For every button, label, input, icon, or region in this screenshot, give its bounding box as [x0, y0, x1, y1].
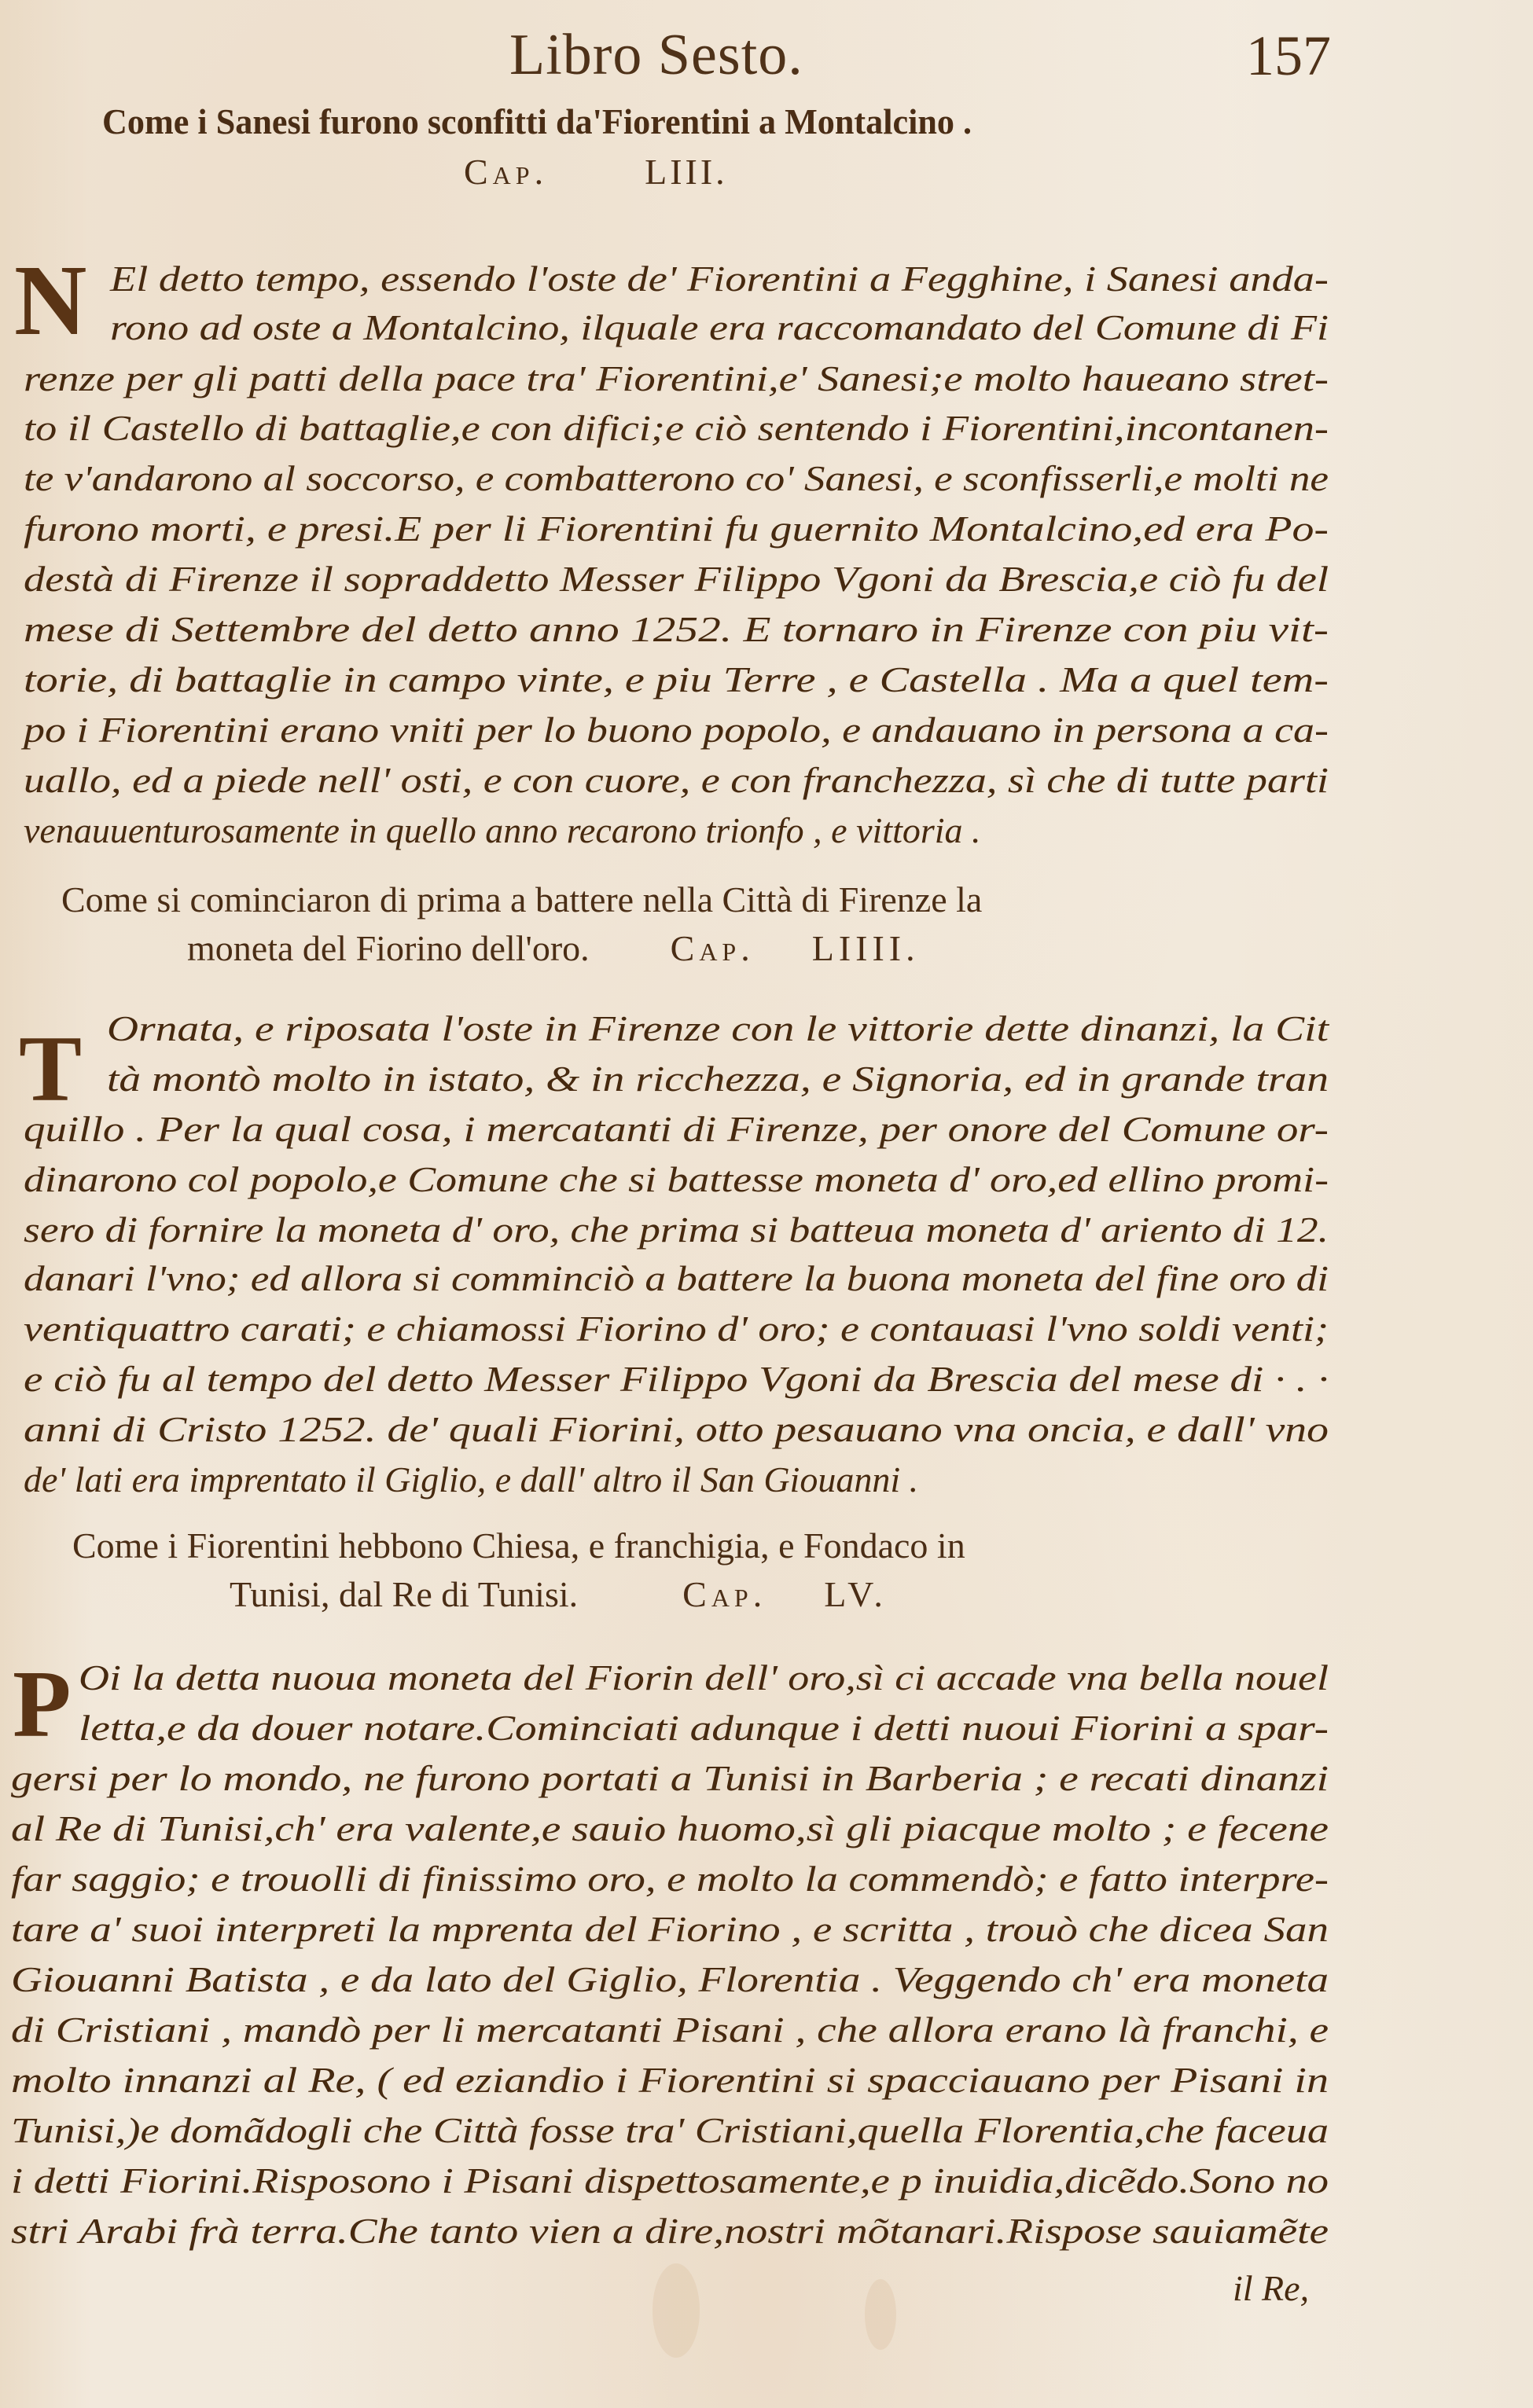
body-line: mese di Settembre del detto anno 1252. E… — [24, 608, 1329, 650]
dropcap: T — [19, 1022, 82, 1116]
body-line: uallo, ed a piede nell' osti, e con cuor… — [24, 759, 1329, 801]
cap-label: Cap. — [464, 152, 548, 192]
body-line: Tunisi,)e domãdogli che Città fosse tra'… — [11, 2109, 1329, 2151]
body-line: to il Castello di battaglie,e con difici… — [24, 407, 1329, 449]
body-line: destà di Firenze il sopraddetto Messer F… — [24, 558, 1329, 600]
body-line: te v'andarono al soccorso, e combatteron… — [24, 457, 1329, 499]
body-line: El detto tempo, essendo l'oste de' Fiore… — [110, 258, 1329, 299]
cap-label: Cap. — [682, 1574, 766, 1614]
body-line: molto innanzi al Re, ( ed eziandio i Fio… — [11, 2059, 1329, 2101]
chapter-title: Tunisi, dal Re di Tunisi. — [230, 1574, 578, 1614]
catchword: il Re, — [1233, 2267, 1309, 2309]
body-line: po i Fiorentini erano vniti per lo buono… — [24, 709, 1329, 751]
body-line: dinarono col popolo,e Comune che si batt… — [24, 1158, 1329, 1200]
chapter-title: Come i Sanesi furono sconfitti da'Fioren… — [102, 101, 972, 142]
cap-number: LV. — [824, 1574, 888, 1614]
chapter-cap-line: Cap. LIII. — [464, 151, 728, 193]
body-line: torie, di battaglie in campo vinte, e pi… — [24, 659, 1329, 700]
body-line: tare a' suoi interpreti la mprenta del F… — [11, 1908, 1329, 1950]
body-line: Ornata, e riposata l'oste in Firenze con… — [107, 1008, 1329, 1049]
body-line: di Cristiani , mandò per li mercatanti P… — [11, 2009, 1329, 2050]
chapter-title-line-2: Tunisi, dal Re di Tunisi. Cap. LV. — [230, 1573, 888, 1615]
body-line: anni di Cristo 1252. de' quali Fiorini, … — [24, 1408, 1329, 1450]
cap-label: Cap. — [671, 928, 755, 968]
chapter-title-line-2: moneta del Fiorino dell'oro. Cap. LIIII. — [187, 927, 920, 969]
book-page: Libro Sesto. 157 Come i Sanesi furono sc… — [0, 0, 1533, 2408]
body-line: i detti Fiorini.Risposono i Pisani dispe… — [11, 2160, 1329, 2201]
body-line: gersi per lo mondo, ne furono portati a … — [11, 1757, 1329, 1799]
body-line: de' lati era imprentato il Giglio, e dal… — [24, 1459, 918, 1500]
chapter-title: Come si cominciaron di prima a battere n… — [61, 879, 982, 920]
body-line: sero di fornire la moneta d' oro, che pr… — [24, 1209, 1329, 1250]
body-line: letta,e da douer notare.Cominciati adunq… — [79, 1707, 1329, 1749]
running-head: Libro Sesto. — [509, 22, 803, 89]
body-line: stri Arabi frà terra.Che tanto vien a di… — [11, 2210, 1329, 2252]
body-line: Oi la detta nuoua moneta del Fiorin dell… — [79, 1657, 1329, 1698]
body-line: quillo . Per la qual cosa, i mercatanti … — [24, 1108, 1329, 1150]
paper-stain — [865, 2279, 896, 2350]
cap-number: LIIII. — [812, 928, 920, 968]
page-number: 157 — [1246, 24, 1331, 89]
cap-number: LIII. — [645, 152, 728, 192]
chapter-title: moneta del Fiorino dell'oro. — [187, 928, 590, 968]
paper-stain — [653, 2263, 700, 2358]
body-line: far saggio; e trouolli di finissimo oro,… — [11, 1858, 1329, 1900]
body-line: e ciò fu al tempo del detto Messer Filip… — [24, 1358, 1329, 1400]
body-line: al Re di Tunisi,ch' era valente,e sauio … — [11, 1808, 1329, 1849]
body-line: tà montò molto in istato, & in ricchezza… — [107, 1058, 1329, 1099]
body-line: Giouanni Batista , e da lato del Giglio,… — [11, 1958, 1329, 2000]
body-line: furono morti, e presi.E per li Fiorentin… — [24, 508, 1329, 549]
body-line: renze per gli patti della pace tra' Fior… — [24, 358, 1329, 399]
dropcap: N — [14, 250, 86, 351]
body-line: venauuenturosamente in quello anno recar… — [24, 809, 981, 851]
dropcap: P — [13, 1657, 72, 1753]
body-line: ventiquattro carati; e chiamossi Fiorino… — [24, 1308, 1329, 1349]
body-line: danari l'vno; ed allora si comminciò a b… — [24, 1257, 1329, 1299]
body-line: rono ad oste a Montalcino, ilquale era r… — [110, 307, 1329, 348]
chapter-title: Come i Fiorentini hebbono Chiesa, e fran… — [72, 1525, 965, 1566]
